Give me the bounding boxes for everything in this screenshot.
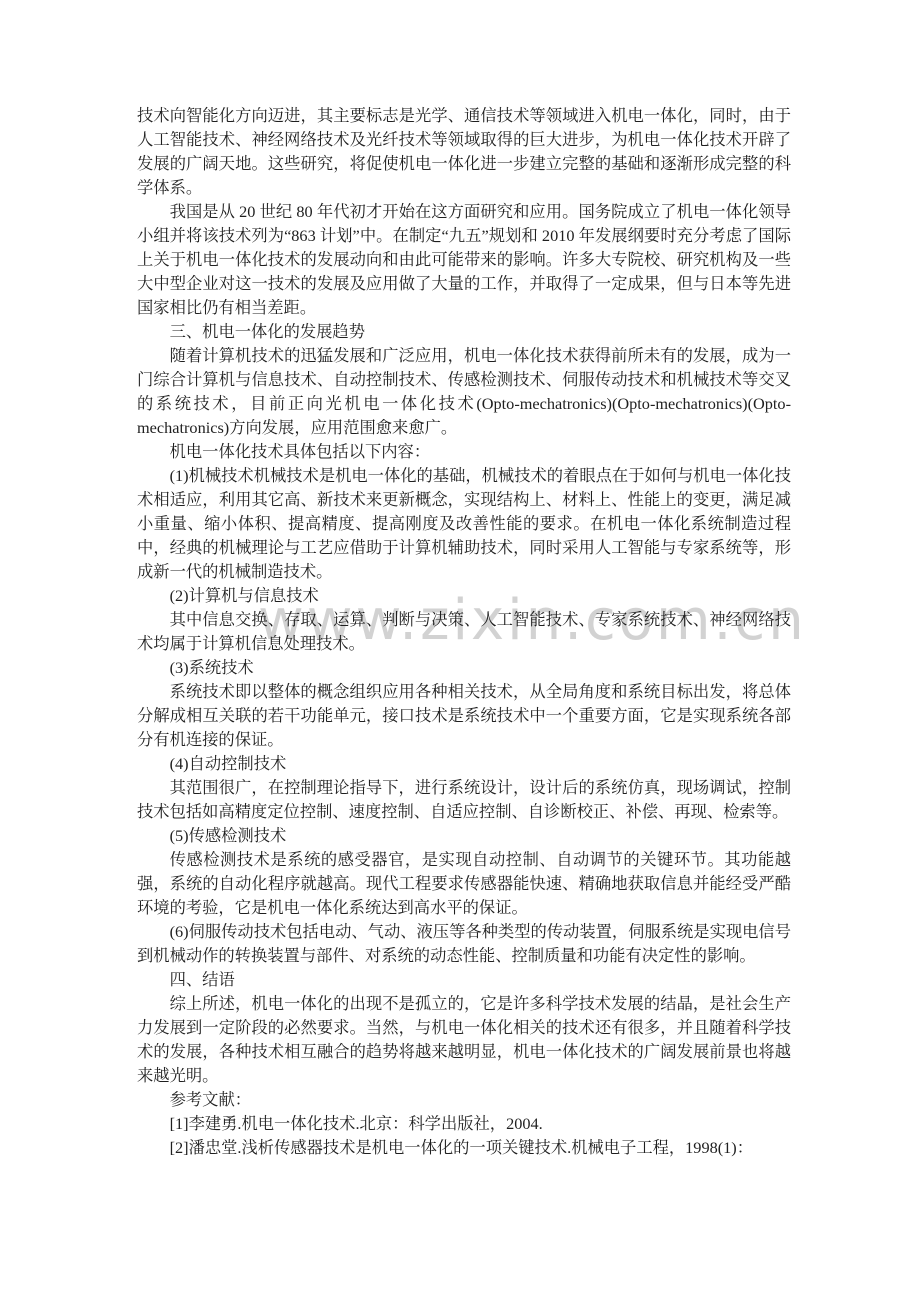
body-paragraph: 随着计算机技术的迅猛发展和广泛应用，机电一体化技术获得前所未有的发展，成为一门综… xyxy=(137,344,791,440)
list-item-paragraph: (6)伺服传动技术包括电动、气动、液压等各种类型的传动装置，伺服系统是实现电信号… xyxy=(137,920,791,968)
body-paragraph: 我国是从 20 世纪 80 年代初才开始在这方面研究和应用。国务院成立了机电一体… xyxy=(137,200,791,320)
body-paragraph: 机电一体化技术具体包括以下内容： xyxy=(137,440,791,464)
body-paragraph: 系统技术即以整体的概念组织应用各种相关技术，从全局角度和系统目标出发，将总体分解… xyxy=(137,680,791,752)
references-heading: 参考文献： xyxy=(137,1088,791,1112)
list-item-paragraph: (3)系统技术 xyxy=(137,656,791,680)
body-paragraph: 综上所述，机电一体化的出现不是孤立的，它是许多科学技术发展的结晶，是社会生产力发… xyxy=(137,992,791,1088)
document-page: www.zixin.com.cn 技术向智能化方向迈进，其主要标志是光学、通信技… xyxy=(0,0,920,1302)
body-paragraph-continuation: 技术向智能化方向迈进，其主要标志是光学、通信技术等领域进入机电一体化，同时，由于… xyxy=(137,104,791,200)
list-item-paragraph: (4)自动控制技术 xyxy=(137,752,791,776)
section-heading: 三、机电一体化的发展趋势 xyxy=(137,320,791,344)
list-item-paragraph: (1)机械技术机械技术是机电一体化的基础，机械技术的着眼点在于如何与机电一体化技… xyxy=(137,464,791,584)
reference-item: [1]李建勇.机电一体化技术.北京：科学出版社，2004. xyxy=(137,1112,791,1136)
section-heading: 四、结语 xyxy=(137,968,791,992)
list-item-paragraph: (2)计算机与信息技术 xyxy=(137,584,791,608)
reference-item: [2]潘忠堂.浅析传感器技术是机电一体化的一项关键技术.机械电子工程，1998(… xyxy=(137,1136,791,1160)
body-paragraph: 传感检测技术是系统的感受器官，是实现自动控制、自动调节的关键环节。其功能越强，系… xyxy=(137,848,791,920)
body-paragraph: 其范围很广，在控制理论指导下，进行系统设计，设计后的系统仿真，现场调试，控制技术… xyxy=(137,776,791,824)
body-paragraph: 其中信息交换、存取、运算、判断与决策、人工智能技术、专家系统技术、神经网络技术均… xyxy=(137,608,791,656)
list-item-paragraph: (5)传感检测技术 xyxy=(137,824,791,848)
document-content: 技术向智能化方向迈进，其主要标志是光学、通信技术等领域进入机电一体化，同时，由于… xyxy=(137,104,791,1160)
